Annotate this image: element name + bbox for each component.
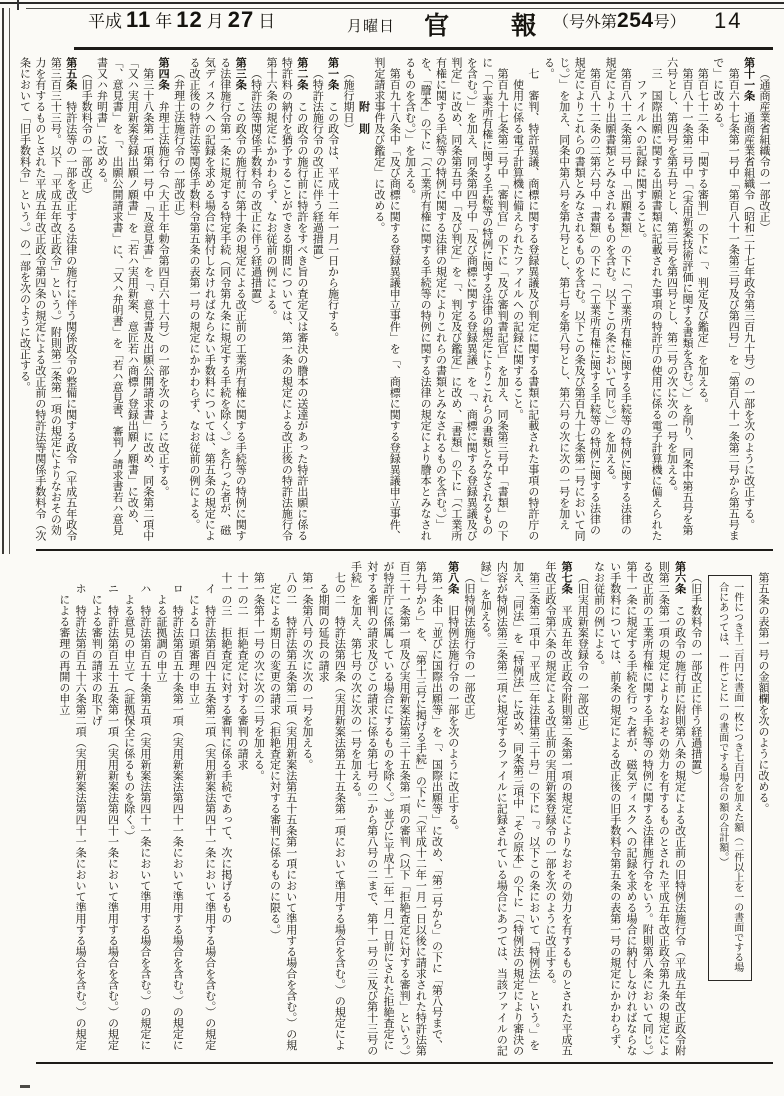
amendment-paragraph: 第百六十七条第一号中「第百八十一条第三号及び第四号」を「第百八十一条第二号から第…: [709, 57, 740, 544]
list-item: 七 審判、特許異議、商標に関する登録異議及び判定に関する書類に記載された事項の特…: [509, 57, 540, 544]
article-paragraph: 第十一条 通商産業省組織令（昭和二十七年政令第三百九十号）の一部を次のように改正…: [740, 57, 755, 544]
footer-rule: [36, 1062, 773, 1064]
amendment-paragraph: 第百八十一条第二号中「（実用新案技術評価に関する書類を含む。）」を削り、同条中第…: [663, 57, 694, 544]
date-kanji: 日: [258, 7, 275, 32]
supplementary-provisions-heading: 附 則: [355, 57, 370, 544]
article-paragraph: 第六条 この政令の施行前に附則第八条の規定による改正前の旧特例法施行令（平成五年…: [590, 561, 687, 1060]
top-text-block: （通商産業省組織令の一部改正）第十一条 通商産業省組織令（昭和二十七年政令第三百…: [16, 57, 771, 544]
bottom-text-block: 第五条の表第一号の金額欄を次のように改める。一件につき千二百円に書面一枚につき七…: [16, 561, 771, 1060]
page-edge-line-left-outer: [2, 8, 4, 554]
amendment-paragraph: 第百九十七条第二号中「審判官」の下に「及び審判書記官」を加え、同条第三号中「書類…: [401, 57, 509, 544]
date-kanji: 年: [155, 7, 172, 32]
weekday-label: 月曜日: [347, 15, 395, 36]
date-number: 27: [228, 7, 254, 33]
issue-no: 254: [617, 9, 654, 33]
amendment-paragraph: 第百八十二条第二号中「出願書類」の下に「（工業所有権に関する手続等の特例に関する…: [602, 57, 633, 544]
amendment-paragraph: 第百九十八条中「及び商標に関する登録異議申立事件」を「、商標に関する登録異議申立…: [370, 57, 401, 544]
gazette-header: 平成11年12月27日 月曜日 官報 （号外第 254 号） 14: [0, 0, 784, 50]
amendment-paragraph: 第三条第二項中「平成二年法律第三十号」の下に「。以下この条において「特例法」とい…: [477, 561, 542, 1060]
article-number: 第七条: [560, 561, 572, 594]
article-paragraph: 第七条 平成五年改正政令附則第二条第一項の規定によりなおその効力を有するものとさ…: [542, 561, 574, 1060]
scan-mark: [20, 1085, 30, 1088]
article-number: 第五条: [65, 57, 77, 90]
amendment-paragraph: 第百七十二条中「関する審判」の下に「、判定及び鑑定」を加える。: [694, 57, 709, 544]
issue-prefix: （号外第: [553, 9, 617, 32]
article-number: 第一条: [327, 57, 339, 90]
list-item: 八の二 特許法第五条第二項（実用新案法第五十五条第一項において準用する場合を含む…: [266, 561, 298, 1060]
section-note: （旧実用新案登録令の一部改正）: [574, 561, 590, 1060]
gazette-page: 平成11年12月27日 月曜日 官報 （号外第 254 号） 14 （通商産業省…: [0, 0, 784, 1096]
section-note: （旧手数料令の一部改正に伴う経過措置）: [688, 561, 704, 1060]
fee-amount-text: 一件につき千二百円に書面一枚につき七百円を加えた額（二件以上を一の書面でする場合…: [717, 582, 743, 972]
article-number: 第十一条: [743, 57, 755, 101]
article-number: 第四条: [157, 57, 169, 90]
article-number: 第二条: [296, 57, 308, 90]
article-number: 第八条: [447, 561, 459, 594]
date-number: 12: [176, 7, 202, 33]
list-item: 十一の三 拒絶査定に対する審判に係る手続であって、次に掲げるもの: [218, 561, 234, 1060]
sub-list-item: ホ 特許法第百五十六条第二項（実用新案法第四十一条において準用する場合を含む。）…: [56, 561, 88, 1060]
issue-date: 平成11年12月27日: [88, 7, 275, 33]
section-note: （旧手数料令の一部改正）: [78, 57, 93, 544]
issue-number: （号外第 254 号）: [553, 9, 686, 33]
sub-list-item: イ 特許法第百四十五条第二項（実用新案法第四十一条において準用する場合を含む。）…: [185, 561, 217, 1060]
date-number: 11: [126, 7, 151, 33]
article-paragraph: 第一条 この政令は、平成十二年一月一日から施行する。: [324, 57, 339, 544]
sub-list-item: ロ 特許法第百五十条第一項（実用新案法第四十一条において準用する場合を含む。）の…: [153, 561, 185, 1060]
issue-suffix: 号）: [654, 9, 686, 32]
header-divider-rule: [74, 47, 773, 50]
fee-amount-cell: 一件につき千二百円に書面一枚につき七百円を加えた額（二件以上を一の書面でする場合…: [708, 575, 752, 981]
section-note: （施行期日）: [340, 57, 355, 544]
list-item: 十一の二 拒絶査定に対する審判の請求: [234, 561, 250, 1060]
amendment-paragraph: 第百八十二条の二第六号中「書類」の下に「（工業所有権に関する手続等の特例に関する…: [540, 57, 602, 544]
sub-list-item: ニ 特許法第百五十五条第一項（実用新案法第四十一条において準用する場合を含む。）…: [88, 561, 120, 1060]
section-note: （通商産業省組織令の一部改正）: [756, 57, 771, 544]
section-note: （特許法等関係手数料令の改正に伴う経過措置）: [247, 57, 262, 544]
article-paragraph: 第八条 旧特例法施行令の一部を次のように改正する。: [445, 561, 461, 1060]
date-kanji: 月: [207, 7, 224, 32]
article-paragraph: 第五条 特許法等の一部を改正する法律の施行に伴う関係政令の整備に関する政令（平成…: [16, 57, 78, 544]
section-note: （弁理士法施行令の一部改正）: [170, 57, 185, 544]
amendment-paragraph: 第一条中「並びに国際出願等」を「、国際出願等」に改め、「第二号から」の下に「第八…: [347, 561, 444, 1060]
article-number: 第六条: [674, 561, 686, 594]
section-note: （旧特例法施行令の一部改正）: [461, 561, 477, 1060]
amendment-paragraph: 第五条の表第一号の金額欄を次のように改める。: [755, 561, 771, 1060]
page-number: 14: [714, 8, 742, 34]
list-item: 七の二 特許法第四条（実用新案法第五十五条第一項において準用する場合を含む。）の…: [315, 561, 347, 1060]
list-item: 三 国際出願に関する出願書類に記載された事項の特許庁の使用に係る電子計算機に備え…: [632, 57, 663, 544]
article-paragraph: 第三条 この政令の施行前に第十条の規定による改正前の工業所有権に関する手続等の特…: [186, 57, 248, 544]
article-paragraph: 第四条 弁理士法施行令（大正十年勅令第四百六十六号）の一部を次のように改正する。: [155, 57, 170, 544]
article-paragraph: 第二条 この政令の施行前に特許をすべき旨の査定又は審決の謄本の送達があった特許出…: [263, 57, 309, 544]
page-edge-line-left-inner: [9, 8, 11, 554]
sub-list-item: ハ 特許法第百五十条第五項（実用新案法第四十一条において準用する場合を含む。）の…: [120, 561, 152, 1060]
date-kanji: 平成: [88, 7, 122, 32]
section-note: （特許法施行令の改正に伴う経過措置）: [309, 57, 324, 544]
amendment-paragraph: 第一条第八号の次に次の一号を加える。: [299, 561, 315, 1060]
section-divider-rule: [36, 549, 773, 551]
amendment-paragraph: 第三十八条第一項第一号中「及意見書」を「、意見書及出願公開請求書」に改め、同条第…: [93, 57, 155, 544]
amendment-paragraph: 第一条第十一号の次に次の二号を加える。: [250, 561, 266, 1060]
article-number: 第三条: [234, 57, 246, 90]
